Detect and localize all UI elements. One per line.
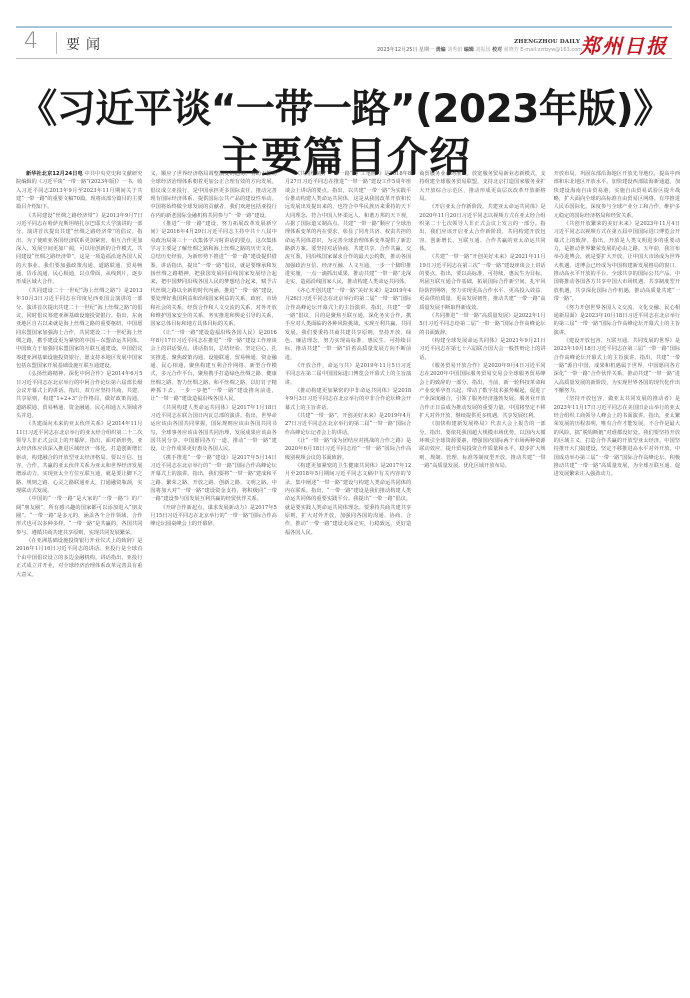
english-paper-name: ZHENGZHOU DAILY	[514, 39, 580, 45]
article-paragraph: 《共建面向未来的亚太伙伴关系》是2014年11月11日习近平同志在北京举行的亚太…	[16, 420, 142, 495]
article-paragraph: 《推动构建更加紧密的中非命运共同体》是2018年9月3日习近平同志在北京举行的中…	[285, 387, 411, 412]
newspaper-logo: 郑州日报	[580, 30, 668, 59]
article-paragraph: 《共同构建人类命运共同体》是2017年1月18日习近平同志在联合国日内瓦总部的演…	[150, 404, 276, 454]
article-column-3: 《共同绘制好“一带一路”的“工笔画”》是2018年8月27日习近平同志在推进“一…	[285, 170, 411, 992]
issue-meta: 2023年12月25日 星期一 责编 刘秀娟 编辑 刘振国 校对 翟晓芳 E-m…	[377, 46, 582, 53]
article-paragraph: 《共建“一带一路”，开创美好未来》是2019年4月27日习近平同志在北京举行的第…	[285, 412, 411, 437]
article-paragraph: 开放布局，巩固东部沿海地区开放先导地位，提高中西部和东北地区开放水平。加快建设西…	[554, 170, 680, 220]
article-column-1: 新华社北京12月24日电 中共中央党史和文献研究院编辑的《习近平谈“一带一路”(…	[16, 170, 142, 992]
article-paragraph: 《共同绘制好“一带一路”的“工笔画”》是2018年8月27日习近平同志在推进“一…	[285, 170, 411, 287]
issue-weekday: 星期一	[419, 47, 434, 53]
masthead: 4 要闻 ZHENGZHOU DAILY 2023年12月25日 星期一 责编 …	[16, 28, 672, 59]
article-paragraph: 《建设开放包容、互联互通、共同发展的世界》是2023年10月18日习近平同志在第…	[554, 337, 680, 395]
article-paragraph: 《共同建设二十一世纪“海上丝绸之路”》是2013年10月3日习近平同志在印度尼西…	[16, 287, 142, 370]
article-paragraph: 《携手推进“一带一路”建设》是2017年5月14日习近平同志在北京举行的“一带一…	[150, 454, 276, 504]
article-paragraph: 《加快构建新发展格局》代表大会上报告的一部分。指出，要依托我国超大规模市场优势，…	[419, 420, 545, 470]
editor-label: 责编	[436, 47, 446, 53]
article-paragraph: 《共同建设“丝绸之路经济带”》是2013年9月7日习近平同志在哈萨克斯坦纳扎尔巴…	[16, 212, 142, 287]
editor-name: 刘秀娟	[447, 47, 462, 53]
newspaper-page: 4 要闻 ZHENGZHOU DAILY 2023年12月25日 星期一 责编 …	[0, 0, 690, 998]
article-paragraph: 《开放合作，命运与共》是2019年11月5日习近平同志在第二届中国国际进口博览会…	[285, 362, 411, 387]
article-paragraph: 《推进“一带一路”建设，努力拓展改革发展新空间》是2016年4月29日习近平同志…	[150, 220, 276, 328]
article-column-2: 义，顺应了世界经济格局调整演变的趋势，有助于推动全球经济治理体系朝着更加公正合理…	[150, 170, 276, 992]
article-paragraph: 义，顺应了世界经济格局调整演变的趋势，有助于推动全球经济治理体系朝着更加公正合理…	[150, 170, 276, 220]
proof-name: 翟晓芳	[504, 47, 519, 53]
page-number: 4	[24, 29, 38, 54]
article-paragraph: 《让“一带一路”建设造福沿线各国人民》是2016年8月17日习近平同志在推进“一…	[150, 329, 276, 404]
masthead-divider	[56, 32, 57, 54]
article-paragraph: 《坚持开放包容，做亚太共同发展的推动者》是2023年11月17日习近平同志在美国…	[554, 395, 680, 478]
article-paragraph: 《共建“一带一路”开创美好未来》是2021年11月19日习近平同志在第三次“一带…	[419, 253, 545, 311]
article-paragraph: 《构建全球发展命运共同体》是2021年9月21日习近平同志在第七十六届联合国大会…	[419, 337, 545, 362]
article-paragraph: 《齐心开创共建“一带一路”美好未来》是2019年4月26日习近平同志在北京举行的…	[285, 287, 411, 362]
article-paragraph: 《让“一带一路”成为团结应对挑战的合作之路》是2020年6月18日习近平同志给“…	[285, 437, 411, 462]
article-paragraph: 商贸服务业市场准入，放宽服务贸易新业态新模式，支持组建全球服务贸易联盟，支持北京…	[419, 170, 545, 203]
article-paragraph: 《共同推进“一带一路”高质量发展》是2022年1月5日习近平同志给第二届“一带一…	[419, 312, 545, 337]
article-body: 新华社北京12月24日电 中共中央党史和文献研究院编辑的《习近平谈“一带一路”(…	[16, 170, 680, 992]
article-paragraph: 《努力开创世界各国人文交流、文化交融、民心相通新局面》是2023年10月18日习…	[554, 304, 680, 337]
article-paragraph: 《中国的“一带一路”是大家的“一带一路”》的广阔“朋友圈”，所有感兴趣的国家都可…	[16, 495, 142, 537]
issue-date: 2023年12月25日	[377, 47, 417, 53]
article-paragraph: 《弘扬丝路精神，深化中阿合作》是2014年6月5日习近平同志在北京举行的中阿合作…	[16, 370, 142, 420]
article-paragraph: 《开启亚太合作新阶段，共建亚太命运共同体》是2020年11月20日习近平同志以视…	[419, 203, 545, 253]
article-paragraph: 《服务贸易开放合作》是2020年9月4日习近平同志在2020年中国国际服务贸易交…	[419, 362, 545, 420]
section-name: 要闻	[66, 34, 106, 54]
proof-label: 校对	[492, 47, 502, 53]
article-paragraph: 《构建更加紧密的卫生健康共同体》是2017年12月至2018年5月期间习近平同志…	[285, 462, 411, 537]
contact-email: E-mail:zzrbyw@163.com	[520, 47, 582, 53]
article-column-5: 开放布局，巩固东部沿海地区开放先导地位，提高中西部和东北地区开放水平。加快建设西…	[554, 170, 680, 992]
dateline: 新华社北京12月24日电	[26, 171, 83, 177]
article-column-4: 商贸服务业市场准入，放宽服务贸易新业态新模式，支持组建全球服务贸易联盟，支持北京…	[419, 170, 545, 992]
article-paragraph: 《开辟合作新起点，谋求发展新动力》是2017年5月15日习近平同志在北京举行的“…	[150, 504, 276, 529]
article-paragraph: 《共创开放繁荣的美好未来》是2023年11月4日习近平同志以视频方式在第五届中国…	[554, 220, 680, 303]
layout-name: 刘振国	[475, 47, 490, 53]
article-paragraph: 《在亚洲基础设施投资银行开业仪式上的致辞》是2016年1月16日习近平同志的讲话…	[16, 537, 142, 579]
article-paragraph: 新华社北京12月24日电 中共中央党史和文献研究院编辑的《习近平谈“一带一路”(…	[16, 170, 142, 212]
layout-label: 编辑	[464, 47, 474, 53]
